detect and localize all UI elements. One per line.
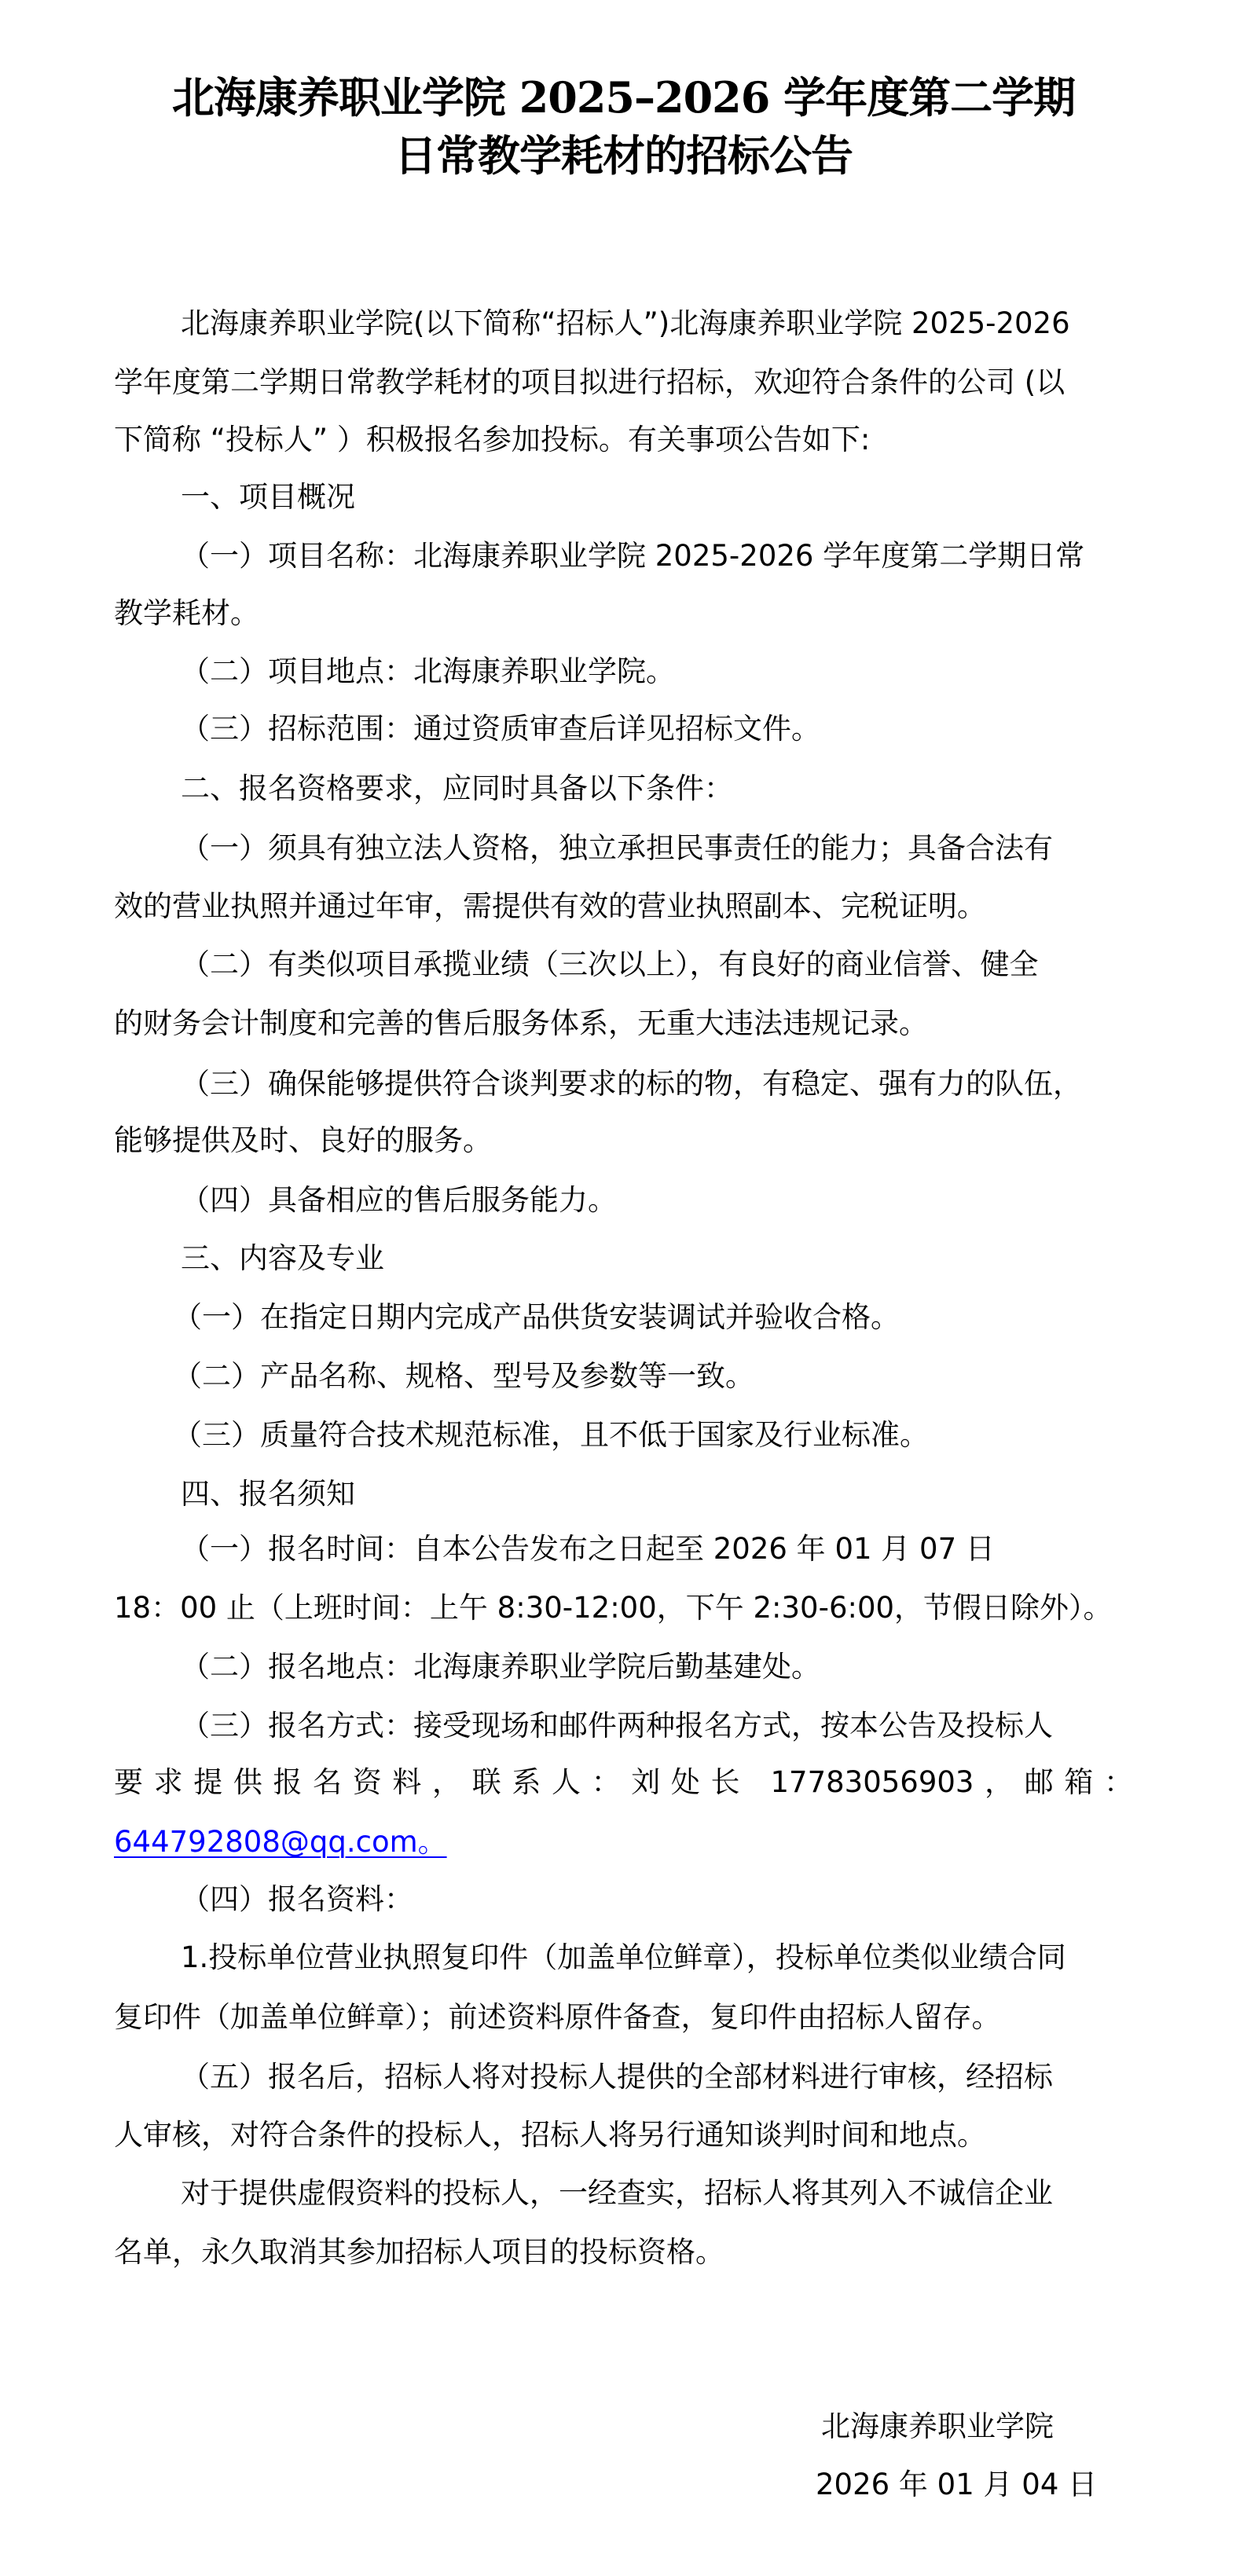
document-title-line-2: 日常教学耗材的招标公告: [0, 126, 1247, 185]
body-line: （四）报名资料：: [114, 1871, 1202, 1929]
body-line: （三）招标范围：通过资质审查后详见招标文件。: [114, 700, 1202, 758]
body-line: 1.投标单位营业执照复印件（加盖单位鲜章），投标单位类似业绩合同: [114, 1929, 1202, 1987]
body-line: （二）报名地点：北海康养职业学院后勤基建处。: [114, 1638, 1202, 1696]
body-line: 的财务会计制度和完善的售后服务体系，无重大违法违规记录。: [114, 995, 1135, 1053]
body-line: 二、报名资格要求，应同时具备以下条件：: [114, 760, 1202, 818]
body-line: 18：00 止（上班时间：上午 8:30-12:00，下午 2:30-6:00，…: [114, 1579, 1135, 1637]
signature-date: 2026 年 01 月 04 日: [816, 2456, 1097, 2514]
body-line: 人审核，对符合条件的投标人，招标人将另行通知谈判时间和地点。: [114, 2106, 1135, 2164]
email-line: 644792808@qq.com。: [114, 1813, 1135, 1871]
body-line: （五）报名后，招标人将对投标人提供的全部材料进行审核，经招标: [114, 2048, 1202, 2106]
document-title-line-1: 北海康养职业学院 2025–2026 学年度第二学期: [0, 68, 1247, 126]
body-line: （一）在指定日期内完成产品供货安装调试并验收合格。: [114, 1288, 1194, 1347]
document-page: 北海康养职业学院 2025–2026 学年度第二学期 日常教学耗材的招标公告 北…: [0, 0, 1247, 2576]
body-line: （一）报名时间：自本公告发布之日起至 2026 年 01 月 07 日: [114, 1520, 1202, 1578]
body-line: 要求提供报名资料，联系人：刘处长 17783056903，邮箱：: [114, 1753, 1133, 1812]
body-line: 名单，永久取消其参加招标人项目的投标资格。: [114, 2223, 1135, 2281]
body-line: （二）产品名称、规格、型号及参数等一致。: [114, 1347, 1194, 1405]
body-line: （三）报名方式：接受现场和邮件两种报名方式，按本公告及投标人: [114, 1697, 1202, 1755]
body-line: 四、报名须知: [114, 1465, 1202, 1523]
email-link[interactable]: 644792808@qq.com。: [114, 1825, 447, 1859]
signature-org: 北海康养职业学院: [821, 2398, 1054, 2456]
body-line: （一）项目名称：北海康养职业学院 2025-2026 学年度第二学期日常: [114, 527, 1202, 585]
body-line: （二）项目地点：北海康养职业学院。: [114, 643, 1202, 701]
body-line: （三）质量符合技术规范标准，且不低于国家及行业标准。: [114, 1406, 1194, 1464]
body-line: （三）确保能够提供符合谈判要求的标的物，有稳定、强有力的队伍，: [114, 1055, 1202, 1113]
body-line: 下简称 “投标人” ）积极报名参加投标。有关事项公告如下:: [114, 411, 1135, 469]
body-line: 对于提供虚假资料的投标人，一经查实，招标人将其列入不诚信企业: [114, 2164, 1202, 2222]
body-line: 北海康养职业学院(以下简称“招标人”)北海康养职业学院 2025-2026: [114, 295, 1202, 353]
body-line: 能够提供及时、良好的服务。: [114, 1112, 1135, 1170]
body-line: 学年度第二学期日常教学耗材的项目拟进行招标，欢迎符合条件的公司 (以: [114, 354, 1135, 412]
body-line: 效的营业执照并通过年审，需提供有效的营业执照副本、完税证明。: [114, 878, 1135, 936]
body-line: （四）具备相应的售后服务能力。: [114, 1171, 1202, 1229]
body-line: 复印件（加盖单位鲜章）；前述资料原件备查，复印件由招标人留存。: [114, 1988, 1135, 2047]
body-line: 一、项目概况: [114, 468, 1202, 526]
body-line: （二）有类似项目承揽业绩（三次以上），有良好的商业信誉、健全: [114, 936, 1202, 994]
body-line: （一）须具有独立法人资格，独立承担民事责任的能力；具备合法有: [114, 819, 1202, 878]
body-line: 教学耗材。: [114, 584, 1135, 643]
body-line: 三、内容及专业: [114, 1229, 1202, 1288]
